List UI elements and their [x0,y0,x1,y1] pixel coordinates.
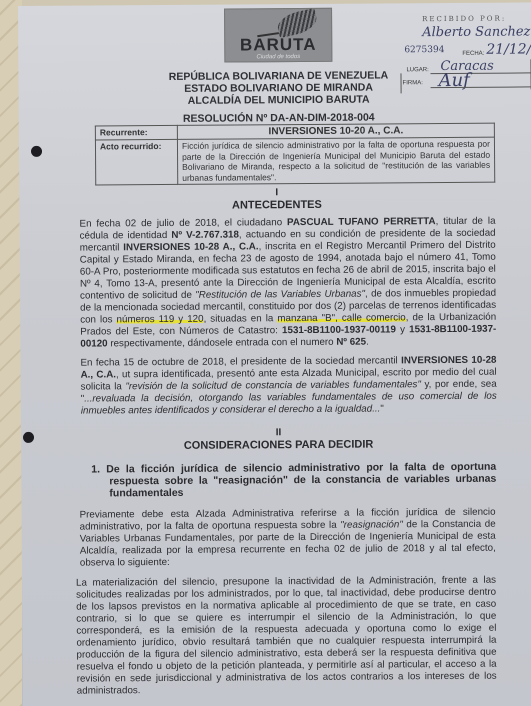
letterhead: REPÚBLICA BOLIVARIANA DE VENEZUELA ESTAD… [168,69,388,125]
paragraph-consideraciones-2: La materialización del silencio, presupo… [76,575,497,698]
fecha-label: FECHA: [462,51,484,57]
logo-tagline: Ciudad de todos [225,54,331,61]
paragraph-consideraciones-1: Previamente debe esta Alzada Administrat… [80,507,496,570]
person-name: PASCUAL TUFANO PERRETTA [287,216,436,228]
letterhead-line: ALCALDÍA DEL MUNICIPIO BARUTA [169,93,389,107]
stamp-header: RECIBIDO POR: [422,14,531,23]
text-run: " [380,403,384,414]
subheading: 1. De la ficción jurídica de silencio ad… [91,461,496,500]
fecha-value: 21/12/18 [486,41,531,57]
quoted-request: ...revaluada la decisión, otorgando las … [81,391,497,417]
recurrente-label: Recurrente: [95,125,177,140]
punch-hole [31,146,42,157]
text-run: En fecha 02 de julio de 2018, el ciudada… [79,217,287,229]
receipt-stamp: RECIBIDO POR: Alberto Sanchez 6275394 FE… [400,14,531,85]
firma-label: FIRMA: [403,80,423,86]
text-run: . [366,337,369,348]
text-run: respectivamente, dándosele entrada con e… [108,337,337,350]
logo-name: BARUTA [225,35,331,56]
highlighted-text: números 119 y 120 [116,314,203,326]
stamp-border [400,73,401,93]
company-name: INVERSIONES 10-28 A., C.A. [123,241,258,253]
section-title-consideraciones: CONSIDERACIONES PARA DECIDIR [21,437,531,453]
acto-recurrido-label: Acto recurrido: [95,139,177,185]
section-title-antecedentes: ANTECEDENTES [19,197,531,213]
text-run: , situadas en la [204,313,278,325]
highlighted-text: manzana "B", calle comercio [277,312,406,324]
quoted-term: "reasignación" [340,519,403,530]
lugar-label: LUGAR: [406,67,428,73]
cadastre-number: 1531-8B1100-1937-00119 [282,324,396,336]
quoted-request: "Restitución de las Variables Urbanas" [195,289,365,301]
text-run: y [396,324,409,335]
acto-recurrido-value: Ficción jurídica de silencio administrat… [177,137,494,184]
paragraph-antecedentes-2: En fecha 15 de octubre de 2018, el presi… [80,355,496,418]
stamp-line [431,86,531,88]
case-info-table: Recurrente: INVERSIONES 10-20 A., C.A. A… [95,123,495,186]
table-row: Acto recurrido: Ficción jurídica de sile… [95,137,494,185]
document-page: BARUTA Ciudad de todos REPÚBLICA BOLIVAR… [18,2,531,706]
id-number: Nº V-2.767.318 [171,229,239,240]
baruta-logo: BARUTA Ciudad de todos [224,8,332,63]
paragraph-antecedentes-1: En fecha 02 de julio de 2018, el ciudada… [79,216,496,351]
recipient-id: 6275394 [404,45,444,55]
entry-number: Nº 625 [336,337,366,348]
leaf-icon [275,8,319,38]
text-run: En fecha 15 de octubre de 2018, el presi… [80,355,401,368]
recipient-name: Alberto Sanchez [422,24,530,40]
quoted-request: "revisión de la solicitud de constancia … [125,379,421,392]
